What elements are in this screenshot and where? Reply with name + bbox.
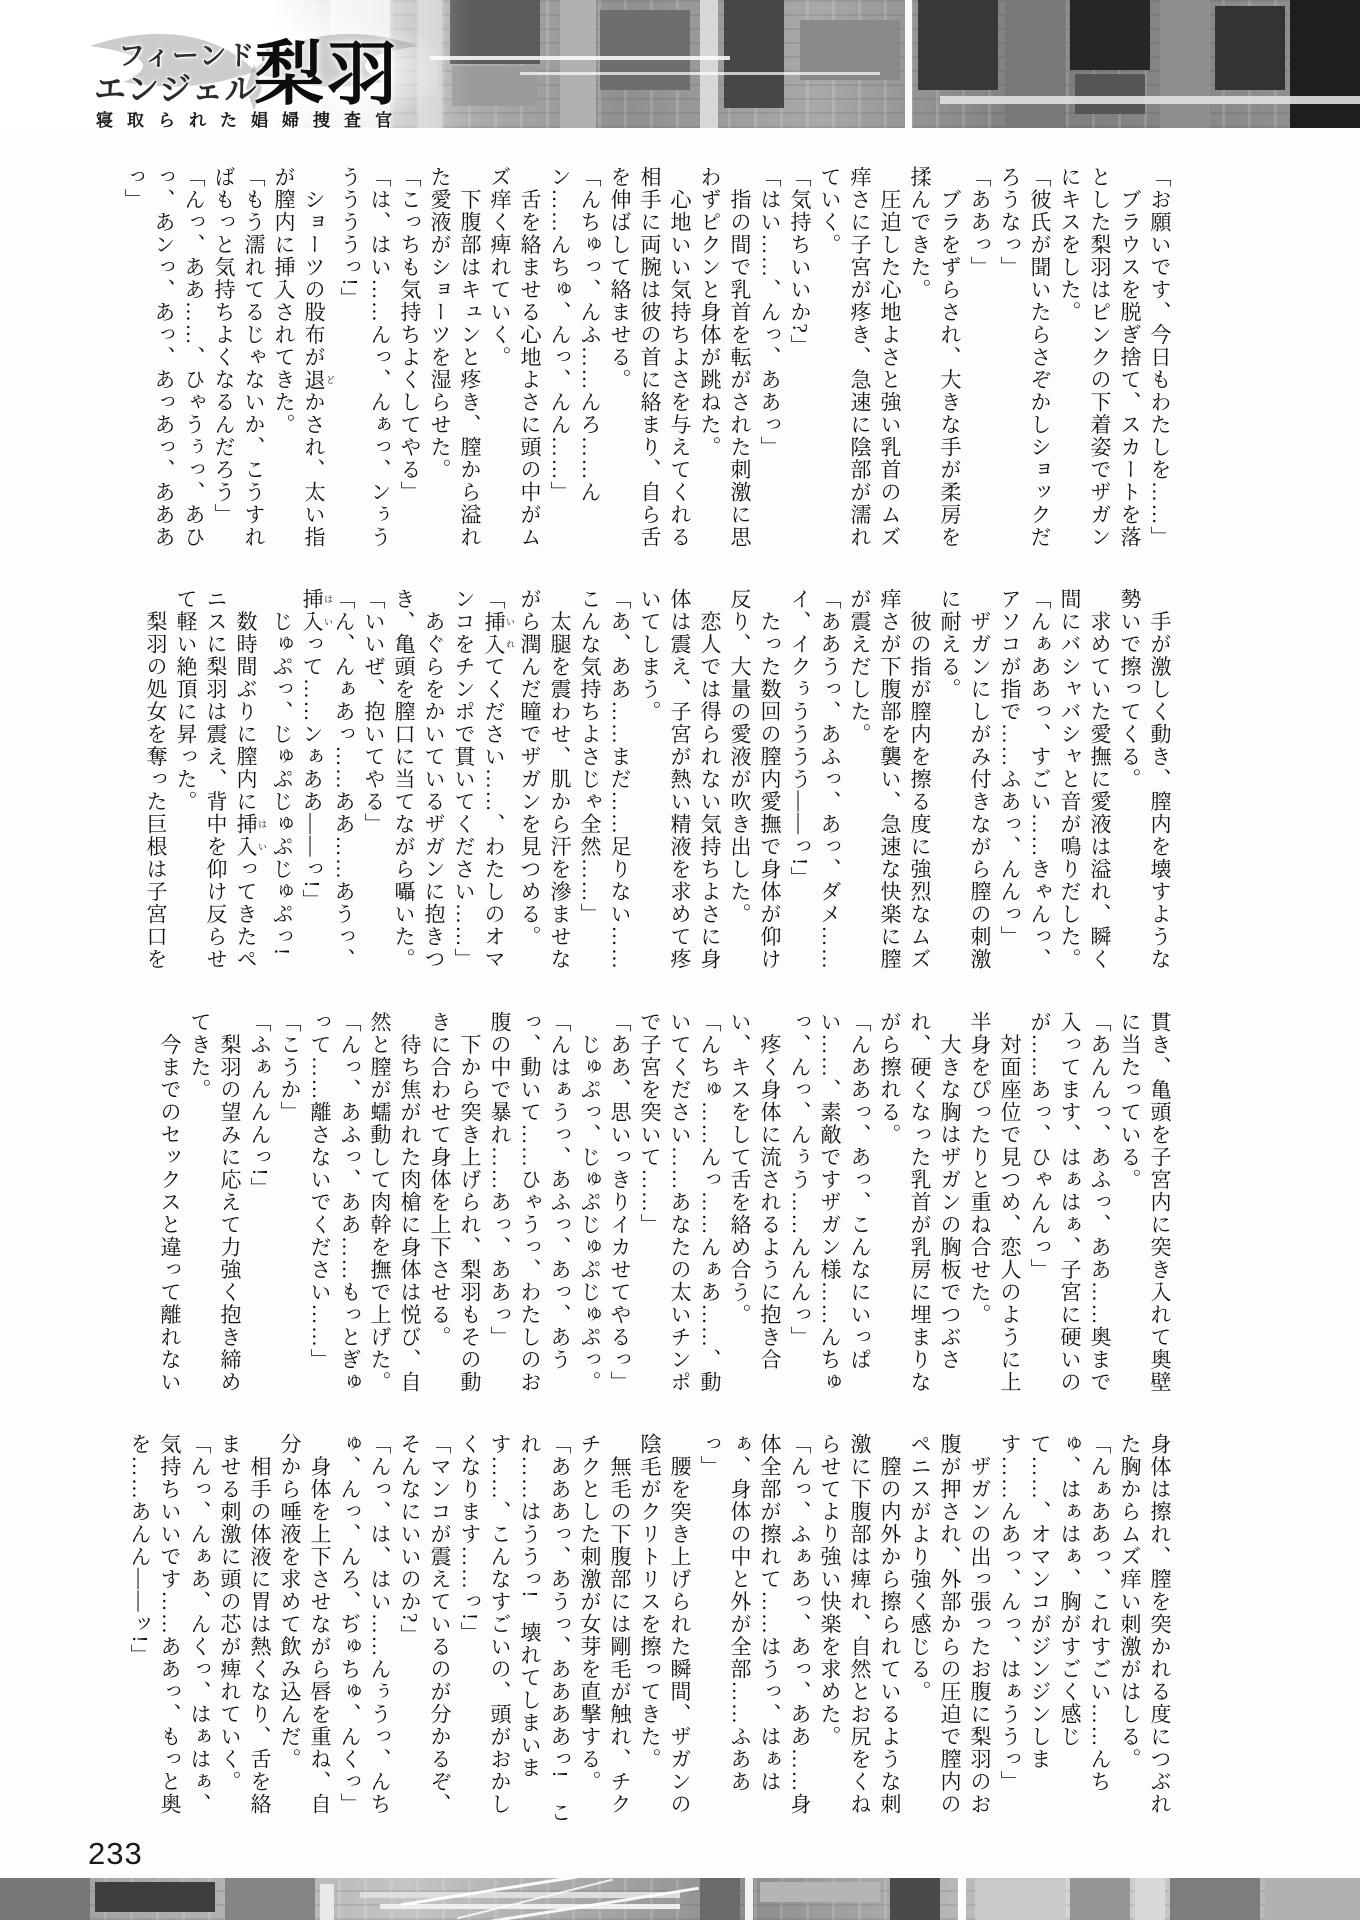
text-band-4: 身体は擦れ、膣を突かれる度につぶれた胸からムズ痒い刺激がはしる。「んぁああっ、こ… [90, 1433, 1175, 1827]
text-paragraph: 数時間ぶりに膣内に挿入はいってきたペニスに梨羽は震え、背中を仰け反らせて軽い絶頂… [171, 588, 267, 982]
glitch-block [380, 1904, 680, 1909]
glitch-block [0, 1878, 90, 1920]
text-paragraph: 大きな胸はザガンの胸板でつぶされ、硬くなった乳首が乳房に埋まりながら擦れる。 [875, 1011, 965, 1405]
glitch-block [1075, 74, 1145, 114]
text-paragraph: 「挿入いれてください……、わたしのオマンコをチンポで貫いてください……」 [449, 588, 515, 982]
text-paragraph: 対面座位で見つめ、恋人のように上半身をぴったりと重ね合せた。 [965, 1011, 1025, 1405]
text-paragraph: 梨羽の望みに応えて力強く抱き締めてきた。 [185, 1011, 245, 1405]
glitch-block [1070, 0, 1150, 70]
glitch-block [724, 0, 784, 108]
text-paragraph: 指の間で乳首を転がされた刺激に思わずピクンと身体が跳ねた。 [695, 166, 755, 560]
text-paragraph: 「んっ、ふぁあっ、あっ、ああ……身体全部が擦れて……はうっ、はぁはぁ、身体の中と… [695, 1433, 815, 1827]
glitch-block [918, 0, 998, 90]
text-paragraph: 「んぁああっ、すごい……きゃんっ、アソコが指で……ふあっ、んんっ」 [995, 588, 1055, 982]
text-paragraph: 「お願いです、今日もわたしを……」 [1145, 166, 1175, 560]
text-paragraph: 求めていた愛撫に愛液は溢れ、瞬く間にバシャバシャと音が鳴りだした。 [1055, 588, 1115, 982]
glitch-block [760, 1882, 880, 1902]
text-band-3: 貫き、亀頭を子宮内に突き入れて奥壁に当たっている。「あんんっ、あふっ、ああ……奥… [90, 1011, 1175, 1405]
text-paragraph: 圧迫した心地よさと強い乳首のムズ痒さに子宮が疼き、急速に陰部が濡れていく。 [815, 166, 905, 560]
text-paragraph: たった数回の膣内愛撫で身体が仰け反り、大量の愛液が吹き出した。 [725, 588, 785, 982]
text-paragraph: 太腿を震わせ、肌から汗を滲ませながら潤んだ瞳でザガンを見つめる。 [515, 588, 575, 982]
text-paragraph: 「んっ、んぁあ、んくっ、はぁはぁ、気持ちいいです……ああっ、もっと奥を……あんん… [125, 1433, 215, 1827]
text-paragraph: 「んはぁうっ、あふっ、あっ、あうっ、動いて……ひゃうっ、わたしのお腹の中で暴れ…… [485, 1011, 575, 1405]
text-paragraph: 貫き、亀頭を子宮内に突き入れて奥壁に当たっている。 [1115, 1011, 1175, 1405]
title-katakana-line2: エンジェル [94, 64, 258, 110]
text-paragraph: 「もう濡れてるじゃないか、こうすればもっと気持ちよくなるんだろう」 [209, 166, 269, 560]
glitch-block [520, 72, 880, 75]
glitch-block [800, 20, 900, 80]
glitch-block [700, 0, 718, 128]
text-paragraph: 「あああっ、あうっ、ああああっ! これ……はううっ! 壊れてしまいます……、こん… [455, 1433, 575, 1827]
text-paragraph: 「彼氏が聞いたらさぞかしショックだろうなっ」 [995, 166, 1055, 560]
glitch-block [560, 0, 596, 128]
text-paragraph: ショーツの股布が退どかされ、太い指が膣内に挿入されてきた。 [269, 166, 335, 560]
text-paragraph: あぐらをかいているザガンに抱きつき、亀頭を膣口に当てながら囁いた。 [389, 588, 449, 982]
text-paragraph: ブラウスを脱ぎ捨て、スカートを落とした梨羽はピンクの下着姿でザガンにキスをした。 [1055, 166, 1145, 560]
glitch-block [1160, 0, 1210, 128]
text-band-2: 手が激しく動き、膣内を壊すような勢いで擦ってくる。 求めていた愛撫に愛液は溢れ、… [90, 588, 1175, 982]
text-paragraph: 「んちゅっ、んふ……んろ……んン……んちゅ、んっ、んん……」 [545, 166, 605, 560]
glitch-block [95, 1882, 215, 1912]
title-subtitle: 寝取られた娼婦捜査官 [96, 106, 406, 131]
text-paragraph: ザガンにしがみ付きながら膣の刺激に耐える。 [935, 588, 995, 982]
title-name: 梨羽 [254, 18, 400, 119]
text-paragraph: 「あ、ああ……まだ……足りない……こんな気持ちよさじゃ全然……」 [575, 588, 635, 982]
text-paragraph: 「んぁああっ、これすごい……んちゅ、はぁはぁ、胸がすごく感じて……、オマンコがジ… [995, 1433, 1115, 1827]
text-paragraph: 「マンコが震えているのが分かるぞ、そんなにいいのか?」 [395, 1433, 455, 1827]
text-paragraph: 「はい……、んっ、ああっ」 [755, 166, 785, 560]
text-paragraph: 下から突き上げられ、梨羽もその動きに合わせて身体を上下させる。 [425, 1011, 485, 1405]
glitch-block [958, 1878, 966, 1920]
glitch-block [600, 10, 690, 90]
glitch-block [1170, 1878, 1260, 1920]
glitch-block [905, 0, 912, 128]
text-paragraph: 相手の体液に胃は熱くなり、舌を絡ませる刺激に頭の芯が痺れていく。 [215, 1433, 275, 1827]
glitch-block [890, 1878, 940, 1920]
text-paragraph: 待ち焦がれた肉槍に身体は悦び、自然と膣が蠕動して肉幹を撫で上げた。 [365, 1011, 425, 1405]
text-paragraph: 心地いい気持ちよさを与えてくれる相手に両腕は彼の首に絡まり、自ら舌を伸ばして絡ま… [605, 166, 695, 560]
text-band-1: 「お願いです、今日もわたしを……」 ブラウスを脱ぎ捨て、スカートを落とした梨羽は… [90, 166, 1175, 560]
glitch-block [1070, 1878, 1130, 1920]
text-paragraph: 疼く身体に流されるように抱き合い、キスをして舌を絡め合う。 [725, 1011, 785, 1405]
glitch-block [1005, 0, 1065, 128]
text-paragraph: 「ふぁんんんっ!」 [245, 1011, 275, 1405]
glitch-collage-bottom [0, 1878, 1360, 1920]
text-paragraph: 身体を上下させながら唇を重ね、自分から唾液を求めて飲み込んだ。 [275, 1433, 335, 1827]
glitch-block [700, 1878, 740, 1920]
text-paragraph: 「んっ、あふっ、ああ……もっとぎゅって……離さないでください……」 [305, 1011, 365, 1405]
text-paragraph: じゅぷっ、じゅぷじゅぷじゅぷっ。 [575, 1011, 605, 1405]
text-paragraph: 腰を突き上げられた瞬間、ザガンの陰毛がクリトリスを擦ってきた。 [635, 1433, 695, 1827]
text-paragraph: 梨羽の処女を奪った巨根は子宮口を [141, 588, 171, 982]
text-paragraph: 無毛の下腹部には剛毛が触れ、チクチクとした刺激が女芽を直撃する。 [575, 1433, 635, 1827]
glitch-block [940, 96, 1360, 104]
text-paragraph: 「んっ、ああ……、ひゃうぅっ、あひっ、あンっ、あっ、あっあっ、あああっ」 [119, 166, 209, 560]
text-paragraph: 「ああうっ、あふっ、あっ、ダメ……イ、イクぅうううう——っ!」 [785, 588, 845, 982]
glitch-block [1135, 1878, 1165, 1920]
text-paragraph: 「は、はい……んっ、んぁっ、ンぅうううううっ!」 [335, 166, 395, 560]
text-paragraph: 「こうか」 [275, 1011, 305, 1405]
text-paragraph: 「ああっ」 [965, 166, 995, 560]
text-paragraph: 「んっ、は、はい……んぅうっ、んちゅ、んっ、んろ、ぢゅちゅ、んくっ」 [335, 1433, 395, 1827]
text-paragraph: 下腹部はキュンと疼き、膣から溢れた愛液がショーツを湿らせた。 [425, 166, 485, 560]
text-paragraph: じゅぷっ、じゅぷじゅぷじゅぷっ! [267, 588, 297, 982]
text-paragraph: 恋人では得られない気持ちよさに身体は震え、子宮が熱い精液を求めて疼いてしまう。 [635, 588, 725, 982]
glitch-block [1215, 6, 1285, 90]
text-paragraph: 「こっちも気持ちよくしてやる」 [395, 166, 425, 560]
text-paragraph: 「ん、んぁあっ……ああ……あうっ、挿入はいって……ンぁああ——っ!」 [297, 588, 359, 982]
title-logo: フィーンドゥ エンジェル 梨羽 寝取られた娼婦捜査官 [78, 12, 438, 130]
glitch-block [225, 1878, 315, 1920]
page-number: 233 [88, 1836, 143, 1872]
text-paragraph: 手が激しく動き、膣内を壊すような勢いで擦ってくる。 [1115, 588, 1175, 982]
text-paragraph: 「んちゅ……んっ……んぁあ……、動いてください……あなたの太いチンポで子宮を突い… [635, 1011, 725, 1405]
glitch-block [975, 1878, 1065, 1920]
glitch-block [1290, 0, 1360, 128]
text-paragraph: 彼の指が膣内を擦る度に強烈なムズ痒さが下腹部を襲い、急速な快楽に膣が震えだした。 [845, 588, 935, 982]
text-paragraph: 「いいぜ、抱いてやる」 [359, 588, 389, 982]
text-paragraph: 身体は擦れ、膣を突かれる度につぶれた胸からムズ痒い刺激がはしる。 [1115, 1433, 1175, 1827]
text-paragraph: ブラをずらされ、大きな手が柔房を揉んできた。 [905, 166, 965, 560]
glitch-block [745, 1878, 753, 1920]
text-paragraph: 舌を絡ませる心地よさに頭の中がムズ痒く痺れていく。 [485, 166, 545, 560]
text-paragraph: 「気持ちいいか?」 [785, 166, 815, 560]
glitch-block [430, 56, 730, 60]
novel-page: { "header": { "title_line1": "フィーンドゥ", "… [0, 0, 1360, 1920]
text-paragraph: 今までのセックスと違って離れない [155, 1011, 185, 1405]
text-paragraph: 膣の内外から擦られているような刺激に下腹部は痺れ、自然とお尻をくねらせてより強い… [815, 1433, 905, 1827]
text-paragraph: 「ああ、思いっきりイカせてやるっ」 [605, 1011, 635, 1405]
glitch-block [320, 1884, 334, 1920]
glitch-block [1265, 1878, 1360, 1920]
text-paragraph: 「んああっ、あっ、こんなにいっぱい……、素敵ですザガン様……んちゅっ、んっ、んぅ… [785, 1011, 875, 1405]
text-paragraph: ザガンの出っ張ったお腹に梨羽のお腹が押され、外部からの圧迫で膣内のペニスがより強… [905, 1433, 995, 1827]
text-paragraph: 「あんんっ、あふっ、ああ……奥まで入ってます、はぁはぁ、子宮に硬いのが……あっ、… [1025, 1011, 1115, 1405]
